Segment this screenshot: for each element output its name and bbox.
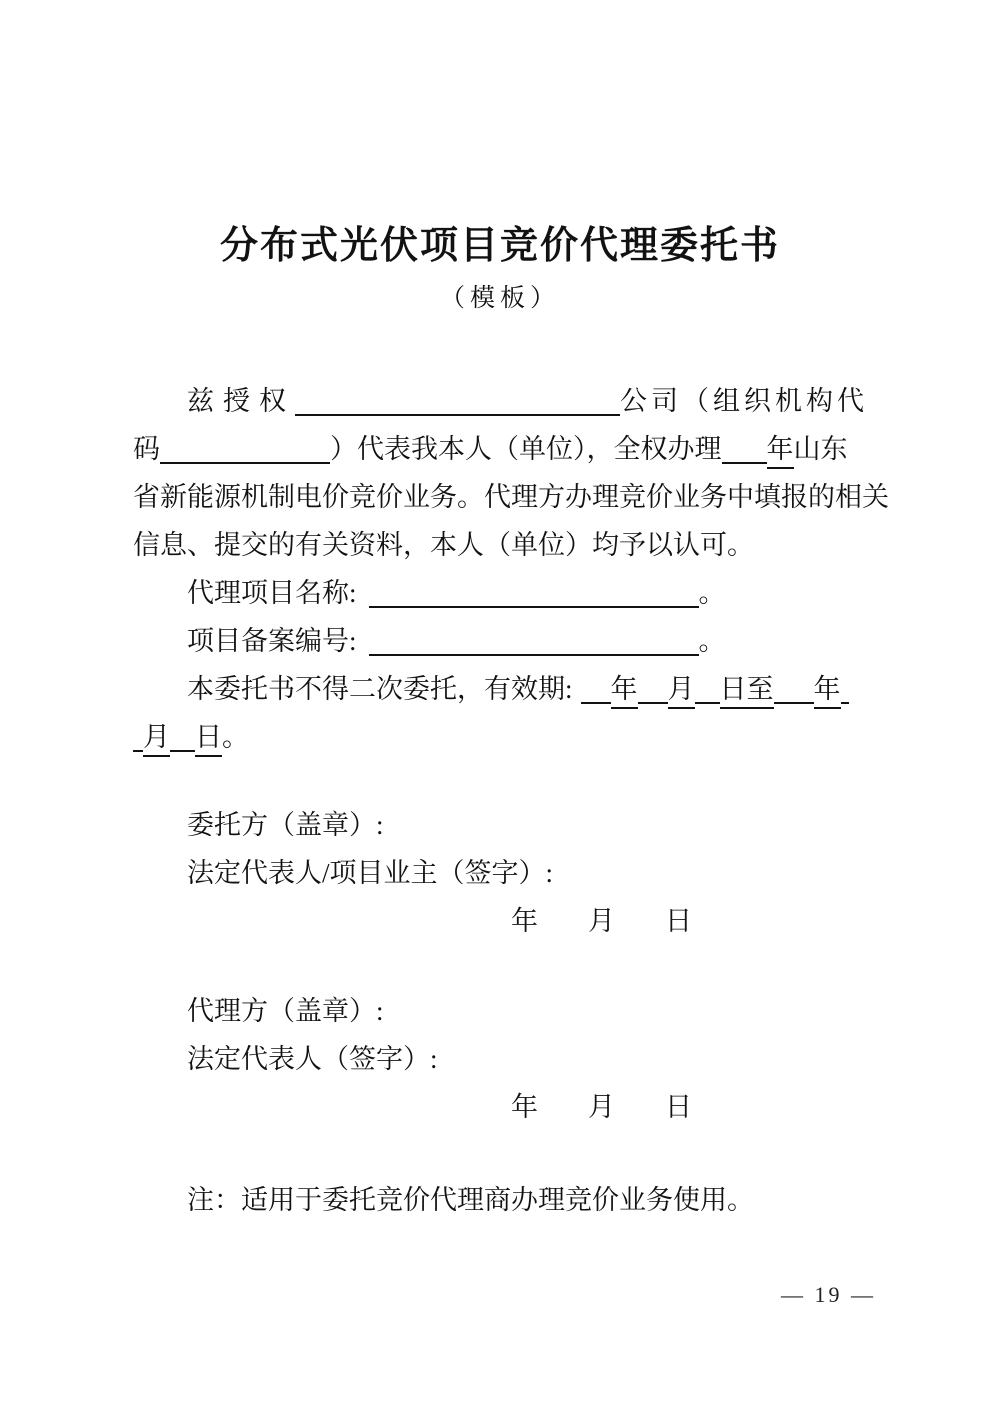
authorization-line-3: 省新能源机制电价竞价业务。代理方办理竞价业务中填报的相关 [133, 473, 890, 521]
text-segment: 年 [767, 434, 794, 469]
document-page: 分布式光伏项目竞价代理委托书 （模板） 兹授权公司（组织机构代码）代表我本人（单… [0, 0, 1000, 1415]
blank-field [170, 750, 195, 752]
paragraph-spacer [133, 1131, 890, 1176]
text-segment: 信息、提交的有关资料，本人（单位）均予以认可。 [133, 530, 754, 560]
blank-field [695, 702, 720, 704]
text-segment: 。 [222, 722, 249, 752]
text-segment: 注：适用于委托竞价代理商办理竞价业务使用。 [187, 1185, 754, 1215]
page-number: — 19 — [781, 1282, 876, 1308]
validity-line-1: 本委托书不得二次委托，有效期:年月日至年 [133, 665, 890, 713]
blank-field [638, 702, 668, 704]
blank-field [295, 414, 620, 416]
blank-field [369, 654, 699, 656]
agent-seal-line: 代理方（盖章）: [133, 987, 890, 1035]
text-segment: 本委托书不得二次委托，有效期: [187, 674, 573, 704]
text-segment: 月 [143, 722, 170, 757]
agent-date-line: 年月日 [133, 1083, 890, 1131]
text-segment: 兹授权 [187, 386, 295, 416]
text-segment: 日至 [720, 674, 774, 709]
principal-date-line: 年月日 [133, 897, 890, 945]
text-segment: 省新能源机制电价竞价业务。代理方办理竞价业务中填报的相关 [133, 482, 889, 512]
text-segment: 法定代表人/项目业主（签字）: [187, 858, 553, 888]
text-segment: 年 [511, 1092, 538, 1122]
agent-signature-line: 法定代表人（签字）: [133, 1035, 890, 1083]
text-segment: 月 [588, 1092, 615, 1122]
text-segment: 年 [511, 906, 538, 936]
text-segment: 法定代表人（签字）: [187, 1044, 438, 1074]
note-line: 注：适用于委托竞价代理商办理竞价业务使用。 [133, 1176, 890, 1224]
text-segment: 码 [133, 434, 160, 464]
validity-line-2: 月日。 [133, 713, 890, 761]
blank-field [581, 702, 611, 704]
paragraph-spacer [133, 945, 890, 987]
text-segment: 月 [668, 674, 695, 709]
blank-field [133, 750, 143, 752]
text-segment: 代理方（盖章）: [187, 996, 384, 1026]
text-segment: 公司（组织机构代 [620, 386, 868, 416]
authorization-line-2: 码）代表我本人（单位），全权办理年山东 [133, 425, 890, 473]
document-subtitle: （模板） [0, 282, 1000, 316]
text-segment: 日 [195, 722, 222, 757]
principal-signature-line: 法定代表人/项目业主（签字）: [133, 849, 890, 897]
text-segment: 年 [611, 674, 638, 709]
text-segment: 日 [665, 906, 692, 936]
blank-field [160, 462, 330, 464]
text-segment: 月 [588, 906, 615, 936]
blank-field [774, 702, 814, 704]
authorization-line-4: 信息、提交的有关资料，本人（单位）均予以认可。 [133, 521, 890, 569]
blank-field [841, 702, 849, 704]
paragraph-spacer [133, 761, 890, 801]
text-segment: 项目备案编号: [187, 626, 357, 656]
blank-field [722, 462, 767, 464]
project-record-number-line: 项目备案编号:。 [133, 617, 890, 665]
text-segment: 年 [814, 674, 841, 709]
text-segment: 委托方（盖章）: [187, 810, 384, 840]
authorization-line-1: 兹授权公司（组织机构代 [133, 377, 890, 425]
project-name-line: 代理项目名称:。 [133, 569, 890, 617]
text-segment: 日 [665, 1092, 692, 1122]
text-segment: 山东 [794, 434, 848, 464]
text-segment: ）代表我本人（单位），全权办理 [330, 434, 722, 464]
text-segment: 。 [699, 626, 726, 656]
text-segment: 代理项目名称: [187, 578, 357, 608]
principal-seal-line: 委托方（盖章）: [133, 801, 890, 849]
blank-field [369, 606, 699, 608]
document-body: 兹授权公司（组织机构代码）代表我本人（单位），全权办理年山东省新能源机制电价竞价… [133, 377, 890, 1224]
document-title: 分布式光伏项目竞价代理委托书 [0, 0, 1000, 270]
text-segment: 。 [699, 578, 726, 608]
